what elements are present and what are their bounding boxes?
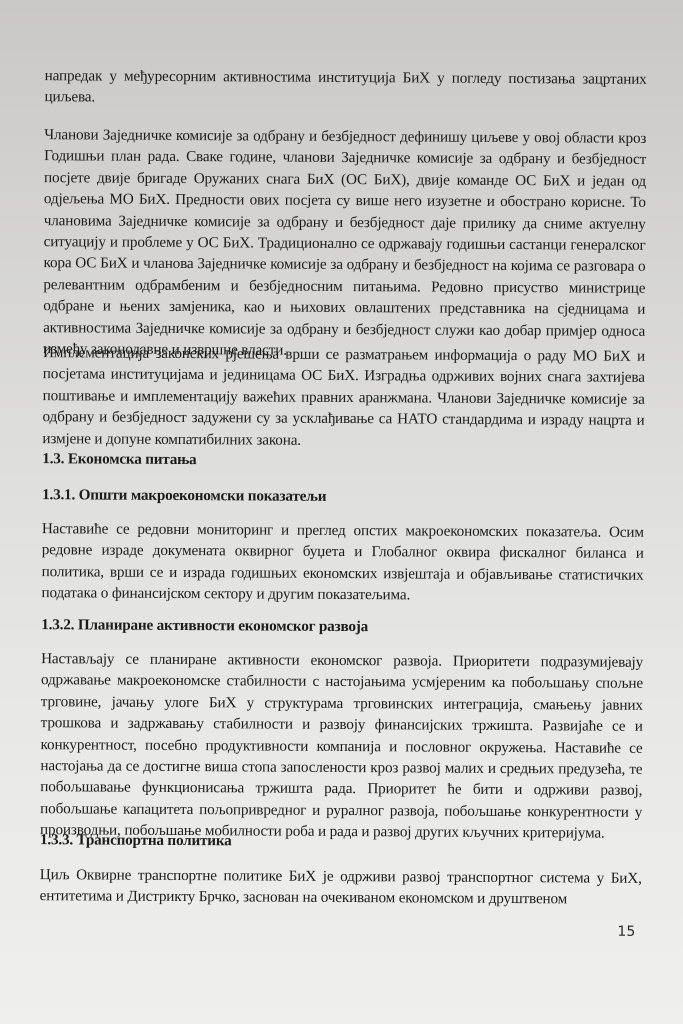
heading-1-3: 1.3. Економска питања (42, 449, 196, 470)
page-number: 15 (617, 924, 635, 940)
paragraph-text: Наставиће се редовни мониторинг и прегле… (41, 518, 644, 607)
heading-1-3-3: 1.3.3. Транспортна политика (40, 830, 232, 851)
paragraph-economic-development: Настављају се планиране активности еконо… (40, 648, 643, 844)
paragraph-macroeconomic-indicators: Наставиће се редовни мониторинг и прегле… (41, 518, 644, 607)
paragraph-transport-policy: Циљ Оквирне транспортне политике БиХ је … (40, 864, 642, 910)
paragraph-commission-goals: Чланови Заједничке комисије за одбрану и… (43, 124, 646, 363)
paragraph-text: Настављају се планиране активности еконо… (40, 648, 643, 844)
paragraph-text: Циљ Оквирне транспортне политике БиХ је … (40, 864, 642, 910)
paragraph-text: Имплементација законских рјешења врши се… (42, 342, 645, 453)
paragraph-text: Чланови Заједничке комисије за одбрану и… (43, 124, 646, 363)
paragraph-intro-continuation: напредак у међуресорним активностима инс… (44, 65, 646, 111)
heading-1-3-2: 1.3.2. Планиране активности економског р… (41, 615, 368, 637)
document-page: напредак у међуресорним активностима инс… (0, 0, 683, 1024)
paragraph-text: напредак у међуресорним активностима инс… (44, 65, 646, 111)
paragraph-implementation: Имплементација законских рјешења врши се… (42, 342, 645, 453)
heading-1-3-1: 1.3.1. Општи макроекономски показатељи (42, 485, 326, 507)
